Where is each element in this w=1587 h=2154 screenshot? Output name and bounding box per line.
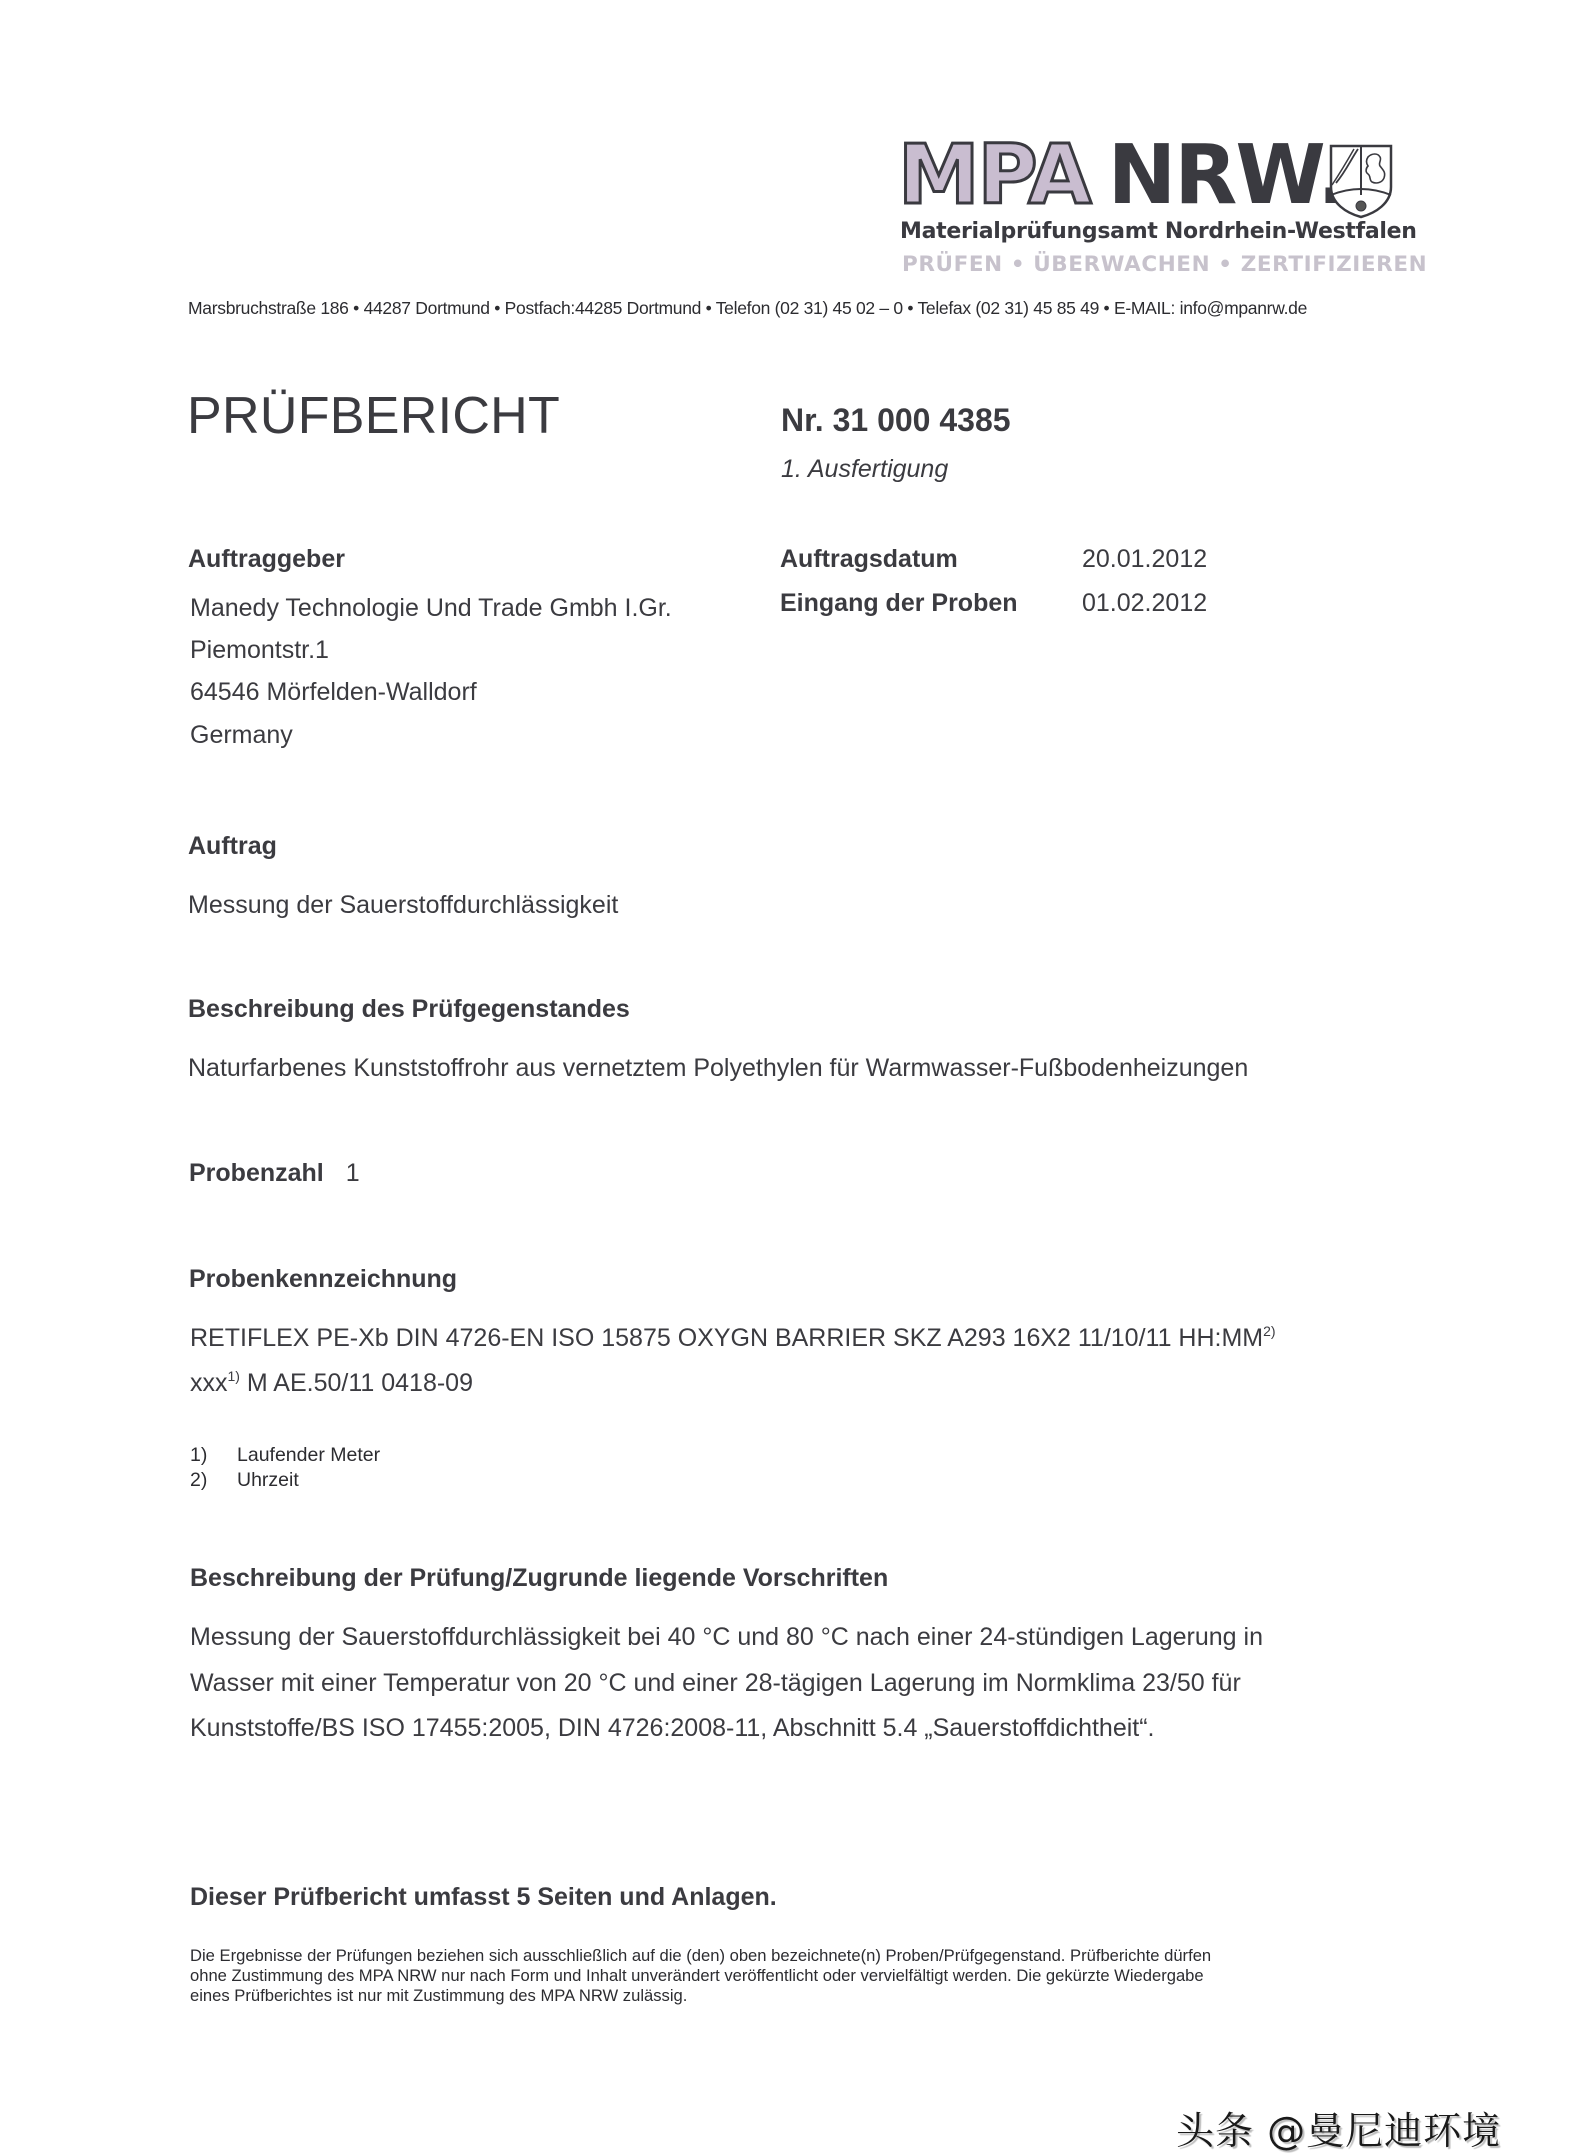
disclaimer: Die Ergebnisse der Prüfungen beziehen si…: [190, 1946, 1410, 2006]
sample-marking-line: xxx1) M AE.50/11 0418-09: [190, 1369, 473, 1398]
scope-note: Dieser Prüfbericht umfasst 5 Seiten und …: [190, 1883, 777, 1912]
address-line: Marsbruchstraße 186 • 44287 Dortmund • P…: [188, 298, 1307, 319]
test-description-line: Wasser mit einer Temperatur von 20 °C un…: [190, 1669, 1241, 1698]
footnote: 2)Uhrzeit: [190, 1469, 299, 1492]
test-description-heading: Beschreibung der Prüfung/Zugrunde liegen…: [190, 1564, 888, 1593]
order-text: Messung der Sauerstoffdurchlässigkeit: [188, 891, 618, 920]
sample-count-value: 1: [346, 1159, 360, 1187]
sample-count: Probenzahl1: [189, 1159, 360, 1188]
logo-nrw-text: NRW.: [1108, 128, 1347, 223]
test-description-line: Kunststoffe/BS ISO 17455:2005, DIN 4726:…: [190, 1714, 1155, 1743]
institution-name: Materialprüfungsamt Nordrhein-Westfalen: [900, 219, 1417, 244]
footnote: 1)Laufender Meter: [190, 1444, 380, 1467]
watermark: 头条 @曼尼迪环境: [1176, 2100, 1501, 2154]
logo-mpa-text: MPA: [898, 128, 1090, 223]
test-object-heading: Beschreibung des Prüfgegenstandes: [188, 995, 630, 1024]
sample-receipt-label: Eingang der Proben: [780, 589, 1018, 618]
order-date-label: Auftragsdatum: [780, 545, 958, 574]
sample-marking-heading: Probenkennzeichnung: [189, 1265, 457, 1294]
order-heading: Auftrag: [188, 832, 277, 861]
nrw-coat-of-arms-icon: [1328, 143, 1394, 219]
mpa-nrw-logo: MPANRW.: [898, 138, 1346, 214]
sample-marking-line: RETIFLEX PE-Xb DIN 4726-EN ISO 15875 OXY…: [190, 1324, 1276, 1353]
test-object-text: Naturfarbenes Kunststoffrohr aus vernetz…: [188, 1054, 1248, 1083]
tagline: PRÜFEN • ÜBERWACHEN • ZERTIFIZIEREN: [902, 252, 1427, 277]
client-heading: Auftraggeber: [188, 545, 345, 574]
test-description-line: Messung der Sauerstoffdurchlässigkeit be…: [190, 1623, 1263, 1652]
page-title: PRÜFBERICHT: [187, 386, 560, 446]
client-line: Manedy Technologie Und Trade Gmbh I.Gr.: [190, 594, 672, 623]
sample-receipt-value: 01.02.2012: [1082, 589, 1207, 618]
report-number: Nr. 31 000 4385: [781, 402, 1011, 439]
sample-count-label: Probenzahl: [189, 1159, 324, 1187]
client-line: Germany: [190, 721, 293, 750]
copy-label: 1. Ausfertigung: [781, 455, 948, 484]
client-line: 64546 Mörfelden-Walldorf: [190, 678, 477, 707]
order-date-value: 20.01.2012: [1082, 545, 1207, 574]
client-line: Piemontstr.1: [190, 636, 329, 665]
